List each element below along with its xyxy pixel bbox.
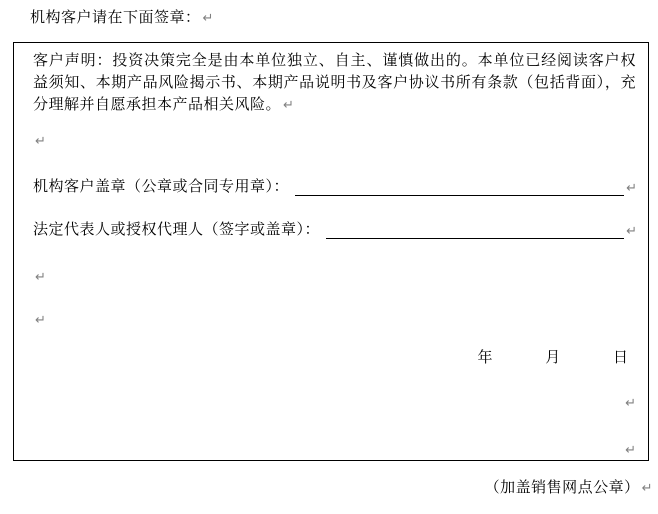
signature-box: 客户声明：投资决策完全是由本单位独立、自主、谨慎做出的。本单位已经阅读客户权益须… bbox=[13, 42, 649, 461]
date-year-label: 年 bbox=[477, 346, 492, 367]
client-declaration-text: 客户声明：投资决策完全是由本单位独立、自主、谨慎做出的。本单位已经阅读客户权益须… bbox=[33, 53, 636, 113]
representative-sign-label: 法定代表人或授权代理人（签字或盖章）： bbox=[33, 221, 320, 239]
paragraph-mark-icon: ↵ bbox=[35, 313, 46, 328]
paragraph-mark-icon: ↵ bbox=[35, 134, 46, 149]
sign-instruction-text: 机构客户请在下面签章： bbox=[30, 10, 201, 26]
representative-sign-blank-field[interactable] bbox=[326, 222, 624, 239]
paragraph-mark-icon: ↵ bbox=[203, 11, 214, 26]
paragraph-mark-icon: ↵ bbox=[625, 396, 636, 411]
org-seal-blank-field[interactable] bbox=[295, 179, 624, 196]
org-seal-line: 机构客户盖章（公章或合同专用章）： ↵ bbox=[33, 177, 637, 196]
date-line: 年 月 日 bbox=[477, 346, 628, 367]
paragraph-mark-icon: ↵ bbox=[35, 270, 46, 285]
empty-paragraph: ↵ bbox=[33, 269, 46, 286]
org-seal-label: 机构客户盖章（公章或合同专用章）： bbox=[33, 178, 289, 196]
empty-paragraph: ↵ bbox=[33, 133, 46, 150]
sales-outlet-seal-text: （加盖销售网点公章） bbox=[485, 480, 640, 496]
document-page: 机构客户请在下面签章：↵ 客户声明：投资决策完全是由本单位独立、自主、谨慎做出的… bbox=[0, 0, 658, 514]
client-declaration: 客户声明：投资决策完全是由本单位独立、自主、谨慎做出的。本单位已经阅读客户权益须… bbox=[33, 50, 636, 117]
date-month-label: 月 bbox=[545, 346, 560, 367]
paragraph-mark-icon: ↵ bbox=[283, 98, 294, 113]
sign-instruction-line: 机构客户请在下面签章：↵ bbox=[30, 6, 214, 27]
date-day-label: 日 bbox=[613, 346, 628, 367]
empty-paragraph: ↵ bbox=[623, 395, 636, 412]
paragraph-mark-icon: ↵ bbox=[642, 481, 653, 496]
representative-sign-line: 法定代表人或授权代理人（签字或盖章）： ↵ bbox=[33, 220, 637, 239]
paragraph-mark-icon: ↵ bbox=[626, 225, 637, 239]
empty-paragraph: ↵ bbox=[33, 312, 46, 329]
paragraph-mark-icon: ↵ bbox=[626, 182, 637, 196]
paragraph-mark-icon: ↵ bbox=[625, 443, 636, 458]
empty-paragraph: ↵ bbox=[623, 442, 636, 459]
sales-outlet-seal-note: （加盖销售网点公章）↵ bbox=[485, 476, 653, 497]
